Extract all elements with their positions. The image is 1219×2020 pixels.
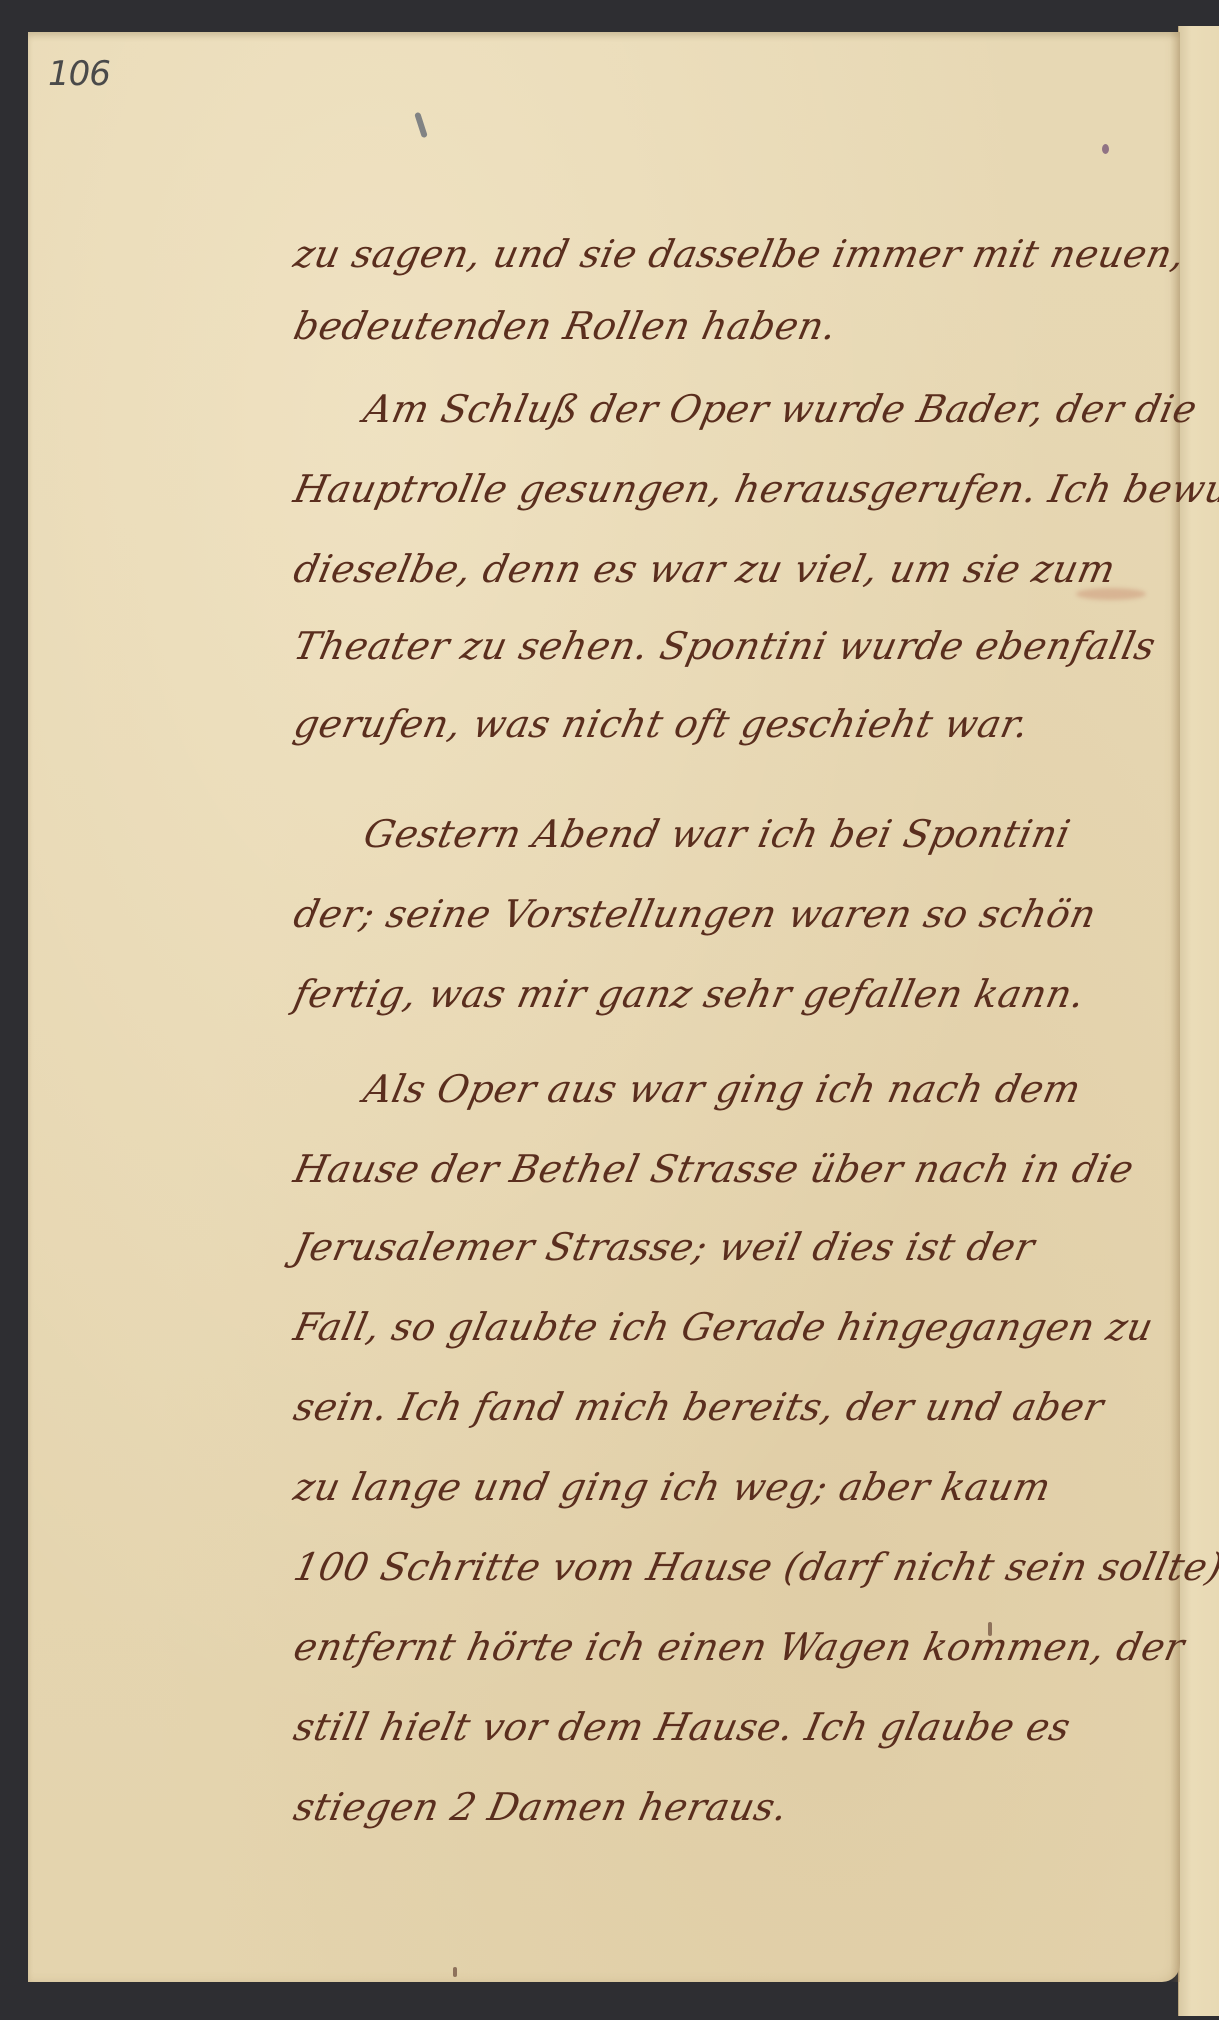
paper-speck bbox=[453, 1967, 457, 1977]
text-line: zu lange und ging ich weg; aber kaum bbox=[290, 1465, 1055, 1509]
text-line: Fall, so glaubte ich Gerade hingegangen … bbox=[290, 1305, 1157, 1349]
text-line: dieselbe, denn es war zu viel, um sie zu… bbox=[290, 547, 1120, 591]
text-line: Hauptrolle gesungen, herausgerufen. Ich … bbox=[290, 467, 1219, 511]
text-line: 100 Schritte vom Hause (darf nicht sein … bbox=[290, 1545, 1219, 1589]
text-line: fertig, was mir ganz sehr gefallen kann. bbox=[290, 972, 1089, 1016]
ink-spot bbox=[1102, 144, 1109, 154]
manuscript-page: 106 zu sagen, und sie dasselbe immer mit… bbox=[28, 32, 1180, 1982]
text-line: der; seine Vorstellungen waren so schön bbox=[290, 892, 1100, 936]
text-line: Am Schluß der Oper wurde Bader, der die bbox=[360, 387, 1201, 431]
text-line: Theater zu sehen. Spontini wurde ebenfal… bbox=[290, 624, 1160, 668]
adjacent-page-edge bbox=[1178, 26, 1219, 2016]
document-viewer: 106 zu sagen, und sie dasselbe immer mit… bbox=[0, 0, 1219, 2020]
text-line: Als Oper aus war ging ich nach dem bbox=[360, 1067, 1085, 1111]
text-line: sein. Ich fand mich bereits, der und abe… bbox=[290, 1385, 1108, 1429]
text-line: zu sagen, und sie dasselbe immer mit neu… bbox=[290, 232, 1189, 276]
page-edge-shadow bbox=[1170, 32, 1180, 1982]
pencil-mark bbox=[414, 112, 428, 139]
text-line: Hause der Bethel Strasse über nach in di… bbox=[290, 1147, 1138, 1191]
text-line: Gestern Abend war ich bei Spontini bbox=[360, 812, 1075, 856]
text-line: Jerusalemer Strasse; weil dies ist der bbox=[290, 1225, 1039, 1269]
text-line: entfernt hörte ich einen Wagen kommen, d… bbox=[290, 1625, 1188, 1669]
text-line: still hielt vor dem Hause. Ich glaube es bbox=[290, 1705, 1075, 1749]
text-line: bedeutenden Rollen haben. bbox=[290, 304, 841, 348]
folio-number: 106 bbox=[48, 54, 110, 94]
text-line: stiegen 2 Damen heraus. bbox=[290, 1785, 792, 1829]
text-line: gerufen, was nicht oft geschieht war. bbox=[290, 702, 1033, 746]
